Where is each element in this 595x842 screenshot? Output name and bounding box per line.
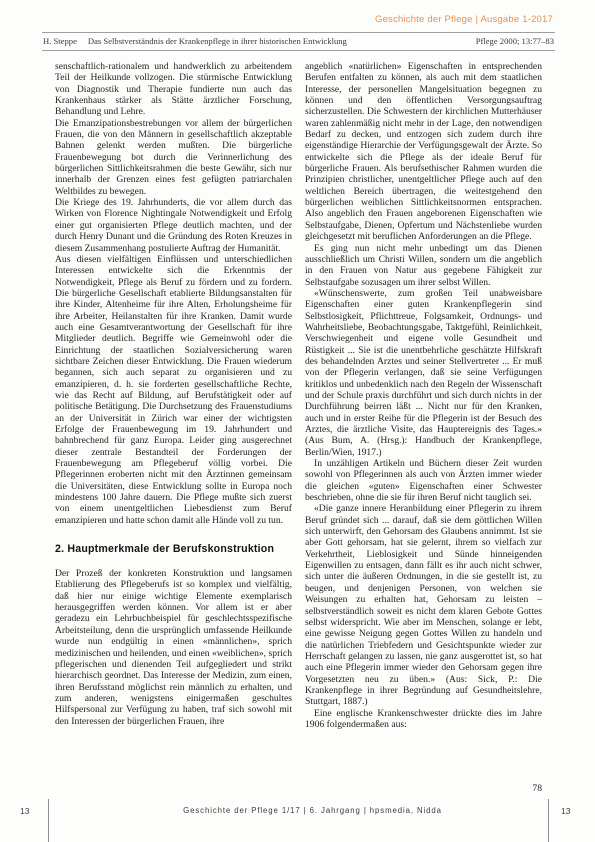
footer-page-number-right: 13 [561,806,571,816]
paragraph-natural-qualities: angeblich «natürlichen» Eigenschaften in… [305,61,542,243]
paragraph-intro-continuation: senschaftlich-rationalem und handwerklic… [55,61,292,118]
paragraph-influences: Aus diesen vielfältigen Einflüssen und u… [55,254,292,526]
original-page-number: 78 [505,783,542,794]
article-body: senschaftlich-rationalem und handwerklic… [55,61,542,794]
running-head-citation: Pflege 2000; 13:77–83 [476,36,554,46]
right-column: angeblich «natürlichen» Eigenschaften in… [305,61,542,794]
crop-mark-right [548,799,549,842]
running-head-author: H. Steppe [43,36,77,46]
paragraph-process: Der Prozeß der konkreten Konstruktion un… [55,568,292,727]
paragraph-english-nurse: Eine englische Krankenschwester drückte … [305,708,542,731]
footer-page-number-left: 13 [20,806,30,816]
running-head-title: Das Selbstverständnis der Krankenpflege … [88,36,347,46]
quote-bum-handbook: «Wünschenswerte, zum großen Teil unabwei… [305,288,542,458]
paragraph-articles-books: In unzähligen Artikeln und Büchern diese… [305,458,542,503]
paragraph-serving: Es ging nun nicht mehr unbedingt um das … [305,243,542,288]
footer-journal-line: Geschichte der Pflege 1/17 | 6. Jahrgang… [90,806,535,815]
running-head: H. Steppe Das Selbstverständnis der Kran… [42,32,555,51]
bullet-text: Die Emanzipationsbestrebungen vor allem … [55,118,292,197]
left-column: senschaftlich-rationalem und handwerklic… [55,61,292,794]
crop-mark-left [48,799,49,842]
bullet-item-wars: –Die Kriege des 19. Jahrhunderts, die vo… [55,197,292,254]
issue-header: Geschichte der Pflege | Ausgabe 1-2017 [375,14,553,25]
section-heading: 2. Hauptmerkmale der Berufskonstruktion [55,543,292,555]
bullet-item-emancipation: –Die Emanzipationsbestrebungen vor allem… [55,118,292,197]
bullet-text: Die Kriege des 19. Jahrhunderts, die vor… [55,197,292,253]
running-head-left: H. Steppe Das Selbstverständnis der Kran… [43,36,347,46]
journal-page: Geschichte der Pflege | Ausgabe 1-2017 H… [0,0,595,842]
quote-sick-obedience: «Die ganze innere Heranbildung einer Pfl… [305,503,542,707]
